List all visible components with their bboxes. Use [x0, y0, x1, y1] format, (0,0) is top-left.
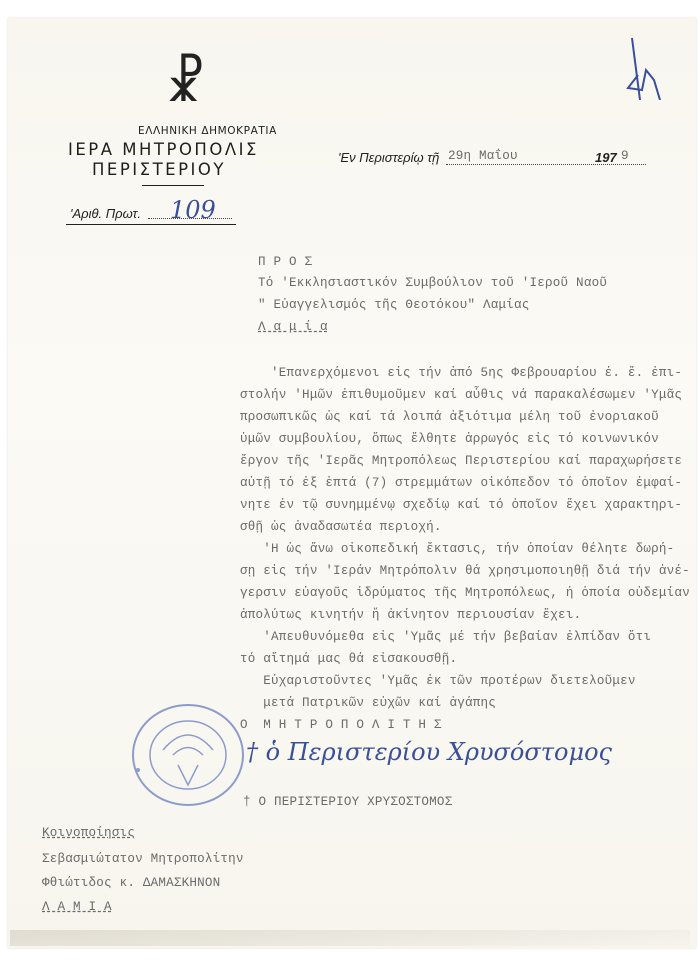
body-line: ἀπολύτως κινητήν ἤ ἀκίνητον περιουσίαν ἔ…	[240, 608, 700, 630]
signature: † ὁ Περιστερίου Χρυσόστομος	[246, 738, 612, 766]
body-line: 'Επανερχόμενοι εἰς τήν ἀπό 5ης Φεβρουαρί…	[240, 366, 700, 388]
org-name-line2: ΠΕΡΙΣΤΕΡΙΟΥ	[92, 160, 226, 179]
body-line: αὐτῇ τό ἐξ ἑπτά (7) στρεμμάτων οἰκόπεδον…	[240, 476, 700, 498]
metropolitan-title: Ο Μ Η Τ Ρ Ο Π Ο Λ Ι Τ Η Σ	[240, 718, 442, 732]
recipient-city: Λ α μ ί α	[258, 320, 328, 334]
body-line: 'Η ὡς ἄνω οἰκοπεδική ἔκτασις, τήν ὁποίαν…	[240, 542, 700, 564]
handwritten-initials-icon	[620, 30, 680, 100]
recipient-line2: " Εὐαγγελισμός τῆς Θεοτόκου" Λαμίας	[258, 298, 530, 312]
body-line: μετά Πατρικῶν εὐχῶν καί ἀγάπης	[240, 696, 700, 718]
body-line: προσωπικῶς ὡς καί τά λοιπά ἀξιότιμα μέλη…	[240, 410, 700, 432]
cc-line2: Φθιώτιδος κ. ΔΑΜΑΣΚΗΝΟΝ	[42, 876, 220, 890]
body-line: 'Απευθυνόμεθα εἰς 'Υμᾶς μέ τήν βεβαίαν ἐ…	[240, 630, 700, 652]
cc-city: Λ Α Μ Ι Α	[42, 900, 112, 914]
date-prefix: 'Εν Περιστερίῳ τῇ	[338, 150, 439, 165]
body-line: στολήν 'Ημῶν ἐπιθυμοῦμεν καί αὖθις νά πα…	[240, 388, 700, 410]
date-day-month: 29η Μαΐου	[448, 149, 518, 163]
letter-body: 'Επανερχόμενοι εἰς τήν ἀπό 5ης Φεβρουαρί…	[240, 366, 700, 718]
paper-crease	[10, 930, 690, 946]
recipient-line1: Τό 'Εκκλησιαστικόν Συμβούλιον τοῦ 'Ιεροῦ…	[258, 276, 607, 290]
protocol-label: 'Αριθ. Πρωτ.	[70, 206, 141, 221]
date-year-digit: 9	[621, 149, 629, 163]
recipient-pros: Π Ρ Ο Σ	[258, 255, 312, 269]
body-line: νητε ἐν τῷ συνημμένῳ σχεδίῳ καί τό ὁποῖο…	[240, 498, 700, 520]
cc-line1: Σεβασμιώτατον Μητροπολίτην	[42, 852, 244, 866]
body-line: σῃ εἰς τήν 'Ιεράν Μητρόπολιν θά χρησιμοπ…	[240, 564, 700, 586]
metropolitan-name: † Ο ΠΕΡΙΣΤΕΡΙΟΥ ΧΡΥΣΟΣΤΟΜΟΣ	[243, 795, 452, 809]
seal-eagle-icon	[128, 700, 248, 810]
protocol-number: 109	[170, 196, 216, 224]
org-name-line1: ΙΕΡΑ ΜΗΤΡΟΠΟΛΙΣ	[68, 140, 259, 159]
date-year-printed: 197	[595, 150, 617, 165]
protocol-underline	[66, 224, 236, 225]
corner-initials-mark	[620, 30, 680, 105]
body-line: ὑμῶν συμβουλίου, ὅπως ἔλθητε ἀρρωγός εἰς…	[240, 432, 700, 454]
chi-rho-symbol: ☧	[165, 58, 206, 110]
body-line: τό αἴτημά μας θά εἰσακουσθῇ.	[240, 652, 700, 674]
letterhead-rule	[142, 185, 204, 186]
cc-heading: Κοινοποίησις	[42, 826, 135, 840]
body-line: γερσιν εὐαγοῦς ἱδρύματος τῆς Μητροπόλεως…	[240, 586, 700, 608]
body-line: ἔργον τῆς 'Ιερᾶς Μητροπόλεως Περιστερίου…	[240, 454, 700, 476]
state-name: ΕΛΛΗΝΙΚΗ ΔΗΜΟΚΡΑΤΙΑ	[138, 125, 277, 137]
body-line: Εὐχαριστοῦντες 'Υμᾶς ἐκ τῶν προτέρων διε…	[240, 674, 700, 696]
body-line: σθῇ ὡς ἀναδασωτέα περιοχή.	[240, 520, 700, 542]
official-seal-stamp	[128, 700, 248, 815]
